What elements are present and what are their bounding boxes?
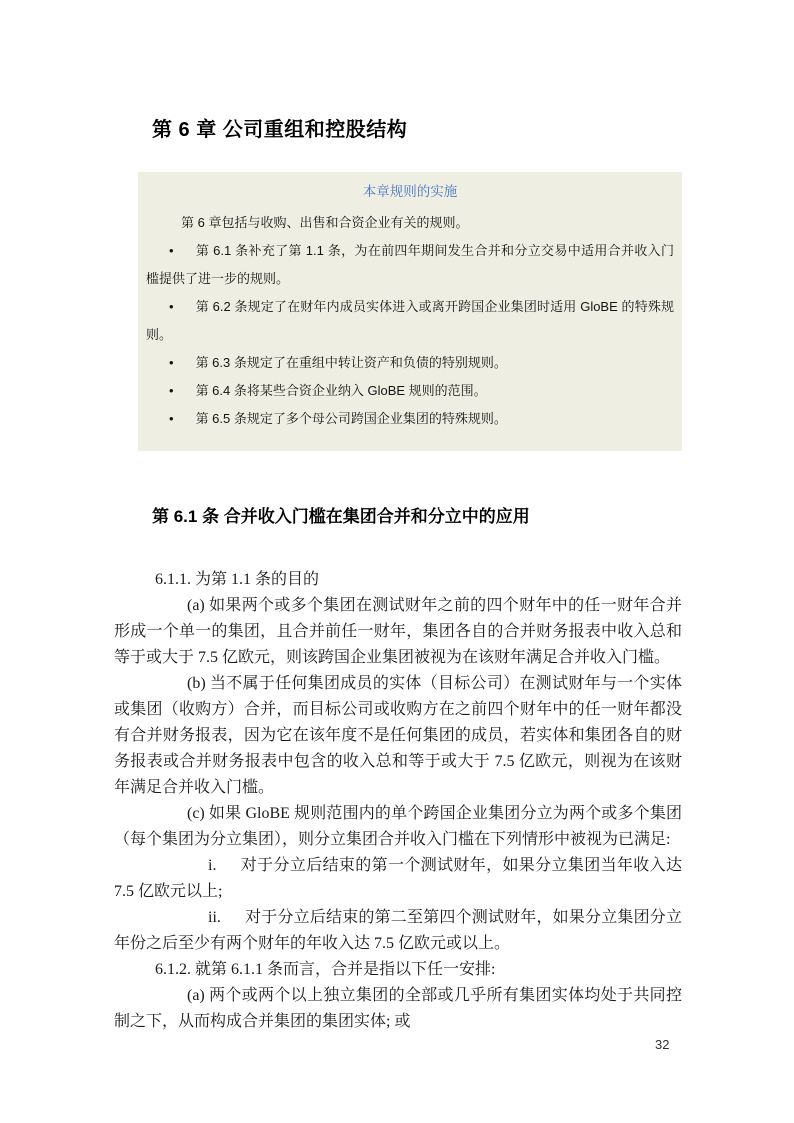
paragraph-b: (b) 当不属于任何集团成员的实体（目标公司）在测试财年与一个实体或集团（收购方… bbox=[114, 671, 682, 801]
summary-bullet-item: •第 6.1 条补充了第 1.1 条，为在前四年期间发生合并和分立交易中适用合并… bbox=[146, 237, 674, 293]
bullet-text: 第 6.2 条规定了在财年内成员实体进入或离开跨国企业集团时适用 GloBE 的… bbox=[146, 299, 674, 342]
paragraph-6-1-2-a: (a) 两个或两个以上独立集团的全部或几乎所有集团实体均处于共同控制之下，从而构… bbox=[114, 983, 682, 1035]
document-page: 第 6 章 公司重组和控股结构 本章规则的实施 第 6 章包括与收购、出售和合资… bbox=[0, 0, 794, 1123]
bullet-text: 第 6.1 条补充了第 1.1 条，为在前四年期间发生合并和分立交易中适用合并收… bbox=[146, 243, 674, 286]
section-heading: 第 6.1 条 合并收入门槛在集团合并和分立中的应用 bbox=[152, 505, 682, 529]
summary-bullet-item: •第 6.3 条规定了在重组中转让资产和负债的特别规则。 bbox=[146, 349, 674, 377]
summary-box-intro: 第 6 章包括与收购、出售和合资企业有关的规则。 bbox=[146, 209, 674, 237]
chapter-title: 第 6 章 公司重组和控股结构 bbox=[152, 118, 682, 142]
paragraph-6-1-2: 6.1.2. 就第 6.1.1 条而言，合并是指以下任一安排: bbox=[114, 957, 682, 983]
bullet-icon: • bbox=[169, 383, 196, 398]
summary-bullet-item: •第 6.4 条将某些合资企业纳入 GloBE 规则的范围。 bbox=[146, 377, 674, 405]
bullet-text: 第 6.4 条将某些合资企业纳入 GloBE 规则的范围。 bbox=[196, 383, 487, 398]
bullet-text: 第 6.3 条规定了在重组中转让资产和负债的特别规则。 bbox=[196, 355, 507, 370]
page-content: 第 6 章 公司重组和控股结构 本章规则的实施 第 6 章包括与收购、出售和合资… bbox=[0, 0, 794, 1035]
page-number: 32 bbox=[655, 1037, 669, 1052]
list-item-i: i.对于分立后结束的第一个测试财年，如果分立集团当年收入达 7.5 亿欧元以上; bbox=[114, 853, 682, 905]
list-item-text: 对于分立后结束的第二至第四个测试财年，如果分立集团分立年份之后至少有两个财年的年… bbox=[114, 909, 682, 952]
list-item-ii: ii.对于分立后结束的第二至第四个测试财年，如果分立集团分立年份之后至少有两个财… bbox=[114, 905, 682, 957]
bullet-icon: • bbox=[169, 243, 196, 258]
bullet-icon: • bbox=[169, 355, 196, 370]
summary-bullet-item: •第 6.2 条规定了在财年内成员实体进入或离开跨国企业集团时适用 GloBE … bbox=[146, 293, 674, 349]
summary-bullet-item: •第 6.5 条规定了多个母公司跨国企业集团的特殊规则。 bbox=[146, 405, 674, 433]
paragraph-6-1-1: 6.1.1. 为第 1.1 条的目的 bbox=[114, 567, 682, 593]
roman-numeral-label: ii. bbox=[208, 909, 245, 926]
roman-numeral-label: i. bbox=[208, 857, 240, 874]
list-item-text: 对于分立后结束的第一个测试财年，如果分立集团当年收入达 7.5 亿欧元以上; bbox=[114, 857, 682, 900]
chapter-summary-box: 本章规则的实施 第 6 章包括与收购、出售和合资企业有关的规则。 •第 6.1 … bbox=[138, 172, 682, 451]
article-body: 6.1.1. 为第 1.1 条的目的 (a) 如果两个或多个集团在测试财年之前的… bbox=[114, 567, 682, 1035]
bullet-icon: • bbox=[169, 411, 196, 426]
bullet-text: 第 6.5 条规定了多个母公司跨国企业集团的特殊规则。 bbox=[196, 411, 507, 426]
paragraph-a: (a) 如果两个或多个集团在测试财年之前的四个财年中的任一财年合并形成一个单一的… bbox=[114, 593, 682, 671]
paragraph-c: (c) 如果 GloBE 规则范围内的单个跨国企业集团分立为两个或多个集团（每个… bbox=[114, 801, 682, 853]
summary-box-title: 本章规则的实施 bbox=[146, 181, 674, 203]
bullet-icon: • bbox=[169, 299, 196, 314]
